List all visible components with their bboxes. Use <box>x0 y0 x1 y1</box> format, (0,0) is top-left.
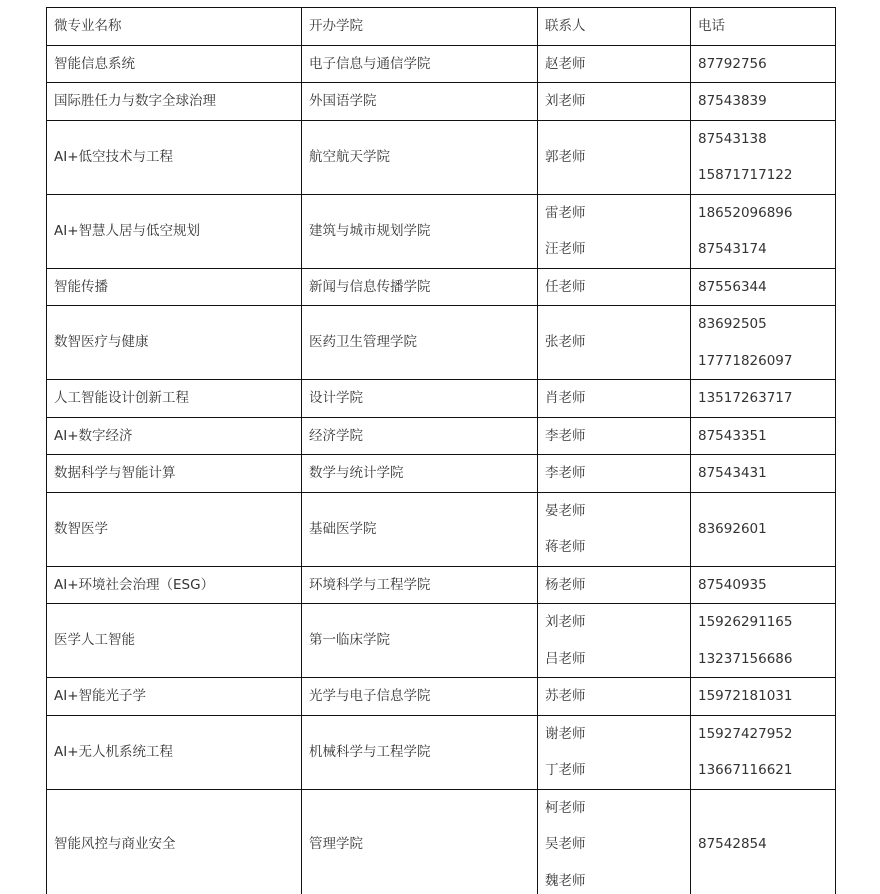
phone-number: 15871717122 <box>698 157 835 194</box>
contact-cell: 郭老师 <box>538 120 691 194</box>
contact-name: 魏老师 <box>545 863 690 894</box>
program-name-cell: 数据科学与智能计算 <box>47 455 302 493</box>
contact-name: 苏老师 <box>545 678 690 715</box>
phone-number: 87543138 <box>698 121 835 158</box>
phone-number: 13237156686 <box>698 641 835 678</box>
phone-number: 15972181031 <box>698 678 835 715</box>
phone-number: 83692601 <box>698 511 835 548</box>
contact-cell: 张老师 <box>538 306 691 380</box>
contact-cell: 刘老师吕老师 <box>538 604 691 678</box>
college-cell: 第一临床学院 <box>302 604 538 678</box>
contact-cell: 苏老师 <box>538 678 691 716</box>
program-name-cell: 国际胜任力与数字全球治理 <box>47 83 302 121</box>
contact-cell: 刘老师 <box>538 83 691 121</box>
phone-cell: 87543351 <box>691 417 836 455</box>
program-name-cell: AI+环境社会治理（ESG） <box>47 566 302 604</box>
phone-number: 87542854 <box>698 826 835 863</box>
phone-number: 13667116621 <box>698 752 835 789</box>
contact-cell: 柯老师吴老师魏老师 <box>538 789 691 894</box>
college-cell: 医药卫生管理学院 <box>302 306 538 380</box>
contact-cell: 杨老师 <box>538 566 691 604</box>
table-row: 人工智能设计创新工程设计学院肖老师13517263717 <box>47 380 836 418</box>
contact-cell: 肖老师 <box>538 380 691 418</box>
college-cell: 管理学院 <box>302 789 538 894</box>
contact-name: 蒋老师 <box>545 529 690 566</box>
table-row: 数据科学与智能计算数学与统计学院李老师87543431 <box>47 455 836 493</box>
program-name-cell: 人工智能设计创新工程 <box>47 380 302 418</box>
phone-number: 87543431 <box>698 455 835 492</box>
header-contact: 联系人 <box>538 8 691 46</box>
phone-cell: 87542854 <box>691 789 836 894</box>
college-cell: 经济学院 <box>302 417 538 455</box>
phone-cell: 87540935 <box>691 566 836 604</box>
college-cell: 环境科学与工程学院 <box>302 566 538 604</box>
program-name-cell: AI+智能光子学 <box>47 678 302 716</box>
phone-number: 87556344 <box>698 269 835 306</box>
college-cell: 外国语学院 <box>302 83 538 121</box>
program-name-cell: 医学人工智能 <box>47 604 302 678</box>
table-row: 国际胜任力与数字全球治理外国语学院刘老师87543839 <box>47 83 836 121</box>
college-cell: 基础医学院 <box>302 492 538 566</box>
contact-name: 柯老师 <box>545 790 690 827</box>
table-row: AI+环境社会治理（ESG）环境科学与工程学院杨老师87540935 <box>47 566 836 604</box>
phone-cell: 1865209689687543174 <box>691 194 836 268</box>
college-cell: 数学与统计学院 <box>302 455 538 493</box>
contact-name: 张老师 <box>545 324 690 361</box>
contact-name: 汪老师 <box>545 231 690 268</box>
phone-number: 15926291165 <box>698 604 835 641</box>
phone-cell: 87543431 <box>691 455 836 493</box>
phone-number: 17771826097 <box>698 343 835 380</box>
college-cell: 机械科学与工程学院 <box>302 715 538 789</box>
table-row: 医学人工智能第一临床学院刘老师吕老师1592629116513237156686 <box>47 604 836 678</box>
contact-name: 谢老师 <box>545 716 690 753</box>
college-cell: 航空航天学院 <box>302 120 538 194</box>
phone-cell: 87792756 <box>691 45 836 83</box>
phone-cell: 8754313815871717122 <box>691 120 836 194</box>
phone-cell: 8369250517771826097 <box>691 306 836 380</box>
college-cell: 新闻与信息传播学院 <box>302 268 538 306</box>
phone-number: 13517263717 <box>698 380 835 417</box>
phone-number: 18652096896 <box>698 195 835 232</box>
contact-name: 雷老师 <box>545 195 690 232</box>
phone-cell: 83692601 <box>691 492 836 566</box>
program-name-cell: AI+数字经济 <box>47 417 302 455</box>
program-name-cell: 数智医学 <box>47 492 302 566</box>
contact-name: 杨老师 <box>545 567 690 604</box>
contact-name: 丁老师 <box>545 752 690 789</box>
header-program-name: 微专业名称 <box>47 8 302 46</box>
program-name-cell: AI+低空技术与工程 <box>47 120 302 194</box>
contact-cell: 晏老师蒋老师 <box>538 492 691 566</box>
contact-name: 任老师 <box>545 269 690 306</box>
phone-number: 87543839 <box>698 83 835 120</box>
header-phone: 电话 <box>691 8 836 46</box>
table-row: AI+无人机系统工程机械科学与工程学院谢老师丁老师159274279521366… <box>47 715 836 789</box>
phone-number: 83692505 <box>698 306 835 343</box>
contact-name: 肖老师 <box>545 380 690 417</box>
contact-name: 刘老师 <box>545 83 690 120</box>
contact-name: 刘老师 <box>545 604 690 641</box>
table-row: 智能信息系统电子信息与通信学院赵老师87792756 <box>47 45 836 83</box>
phone-cell: 15972181031 <box>691 678 836 716</box>
phone-cell: 13517263717 <box>691 380 836 418</box>
table-row: AI+智能光子学光学与电子信息学院苏老师15972181031 <box>47 678 836 716</box>
table-row: AI+智慧人居与低空规划建筑与城市规划学院雷老师汪老师1865209689687… <box>47 194 836 268</box>
phone-number: 15927427952 <box>698 716 835 753</box>
contact-cell: 谢老师丁老师 <box>538 715 691 789</box>
contact-name: 吴老师 <box>545 826 690 863</box>
contact-name: 李老师 <box>545 455 690 492</box>
program-name-cell: AI+无人机系统工程 <box>47 715 302 789</box>
contact-cell: 雷老师汪老师 <box>538 194 691 268</box>
contact-name: 赵老师 <box>545 46 690 83</box>
table-row: 智能传播新闻与信息传播学院任老师87556344 <box>47 268 836 306</box>
phone-cell: 1592629116513237156686 <box>691 604 836 678</box>
phone-number: 87792756 <box>698 46 835 83</box>
program-name-cell: 数智医疗与健康 <box>47 306 302 380</box>
table-row: AI+低空技术与工程航空航天学院郭老师8754313815871717122 <box>47 120 836 194</box>
phone-number: 87543174 <box>698 231 835 268</box>
program-name-cell: 智能传播 <box>47 268 302 306</box>
table-header-row: 微专业名称 开办学院 联系人 电话 <box>47 8 836 46</box>
table-row: 数智医学基础医学院晏老师蒋老师83692601 <box>47 492 836 566</box>
contact-name: 吕老师 <box>545 641 690 678</box>
college-cell: 设计学院 <box>302 380 538 418</box>
micro-major-contact-table: 微专业名称 开办学院 联系人 电话 智能信息系统电子信息与通信学院赵老师8779… <box>46 7 836 894</box>
phone-number: 87543351 <box>698 418 835 455</box>
program-name-cell: 智能信息系统 <box>47 45 302 83</box>
contact-name: 晏老师 <box>545 493 690 530</box>
contact-name: 李老师 <box>545 418 690 455</box>
table-row: AI+数字经济经济学院李老师87543351 <box>47 417 836 455</box>
contact-cell: 赵老师 <box>538 45 691 83</box>
phone-cell: 1592742795213667116621 <box>691 715 836 789</box>
college-cell: 光学与电子信息学院 <box>302 678 538 716</box>
table-row: 智能风控与商业安全管理学院柯老师吴老师魏老师87542854 <box>47 789 836 894</box>
program-name-cell: AI+智慧人居与低空规划 <box>47 194 302 268</box>
phone-cell: 87556344 <box>691 268 836 306</box>
contact-cell: 李老师 <box>538 417 691 455</box>
table-row: 数智医疗与健康医药卫生管理学院张老师8369250517771826097 <box>47 306 836 380</box>
program-name-cell: 智能风控与商业安全 <box>47 789 302 894</box>
contact-cell: 任老师 <box>538 268 691 306</box>
college-cell: 电子信息与通信学院 <box>302 45 538 83</box>
contact-name: 郭老师 <box>545 139 690 176</box>
phone-number: 87540935 <box>698 567 835 604</box>
phone-cell: 87543839 <box>691 83 836 121</box>
header-college: 开办学院 <box>302 8 538 46</box>
contact-cell: 李老师 <box>538 455 691 493</box>
college-cell: 建筑与城市规划学院 <box>302 194 538 268</box>
